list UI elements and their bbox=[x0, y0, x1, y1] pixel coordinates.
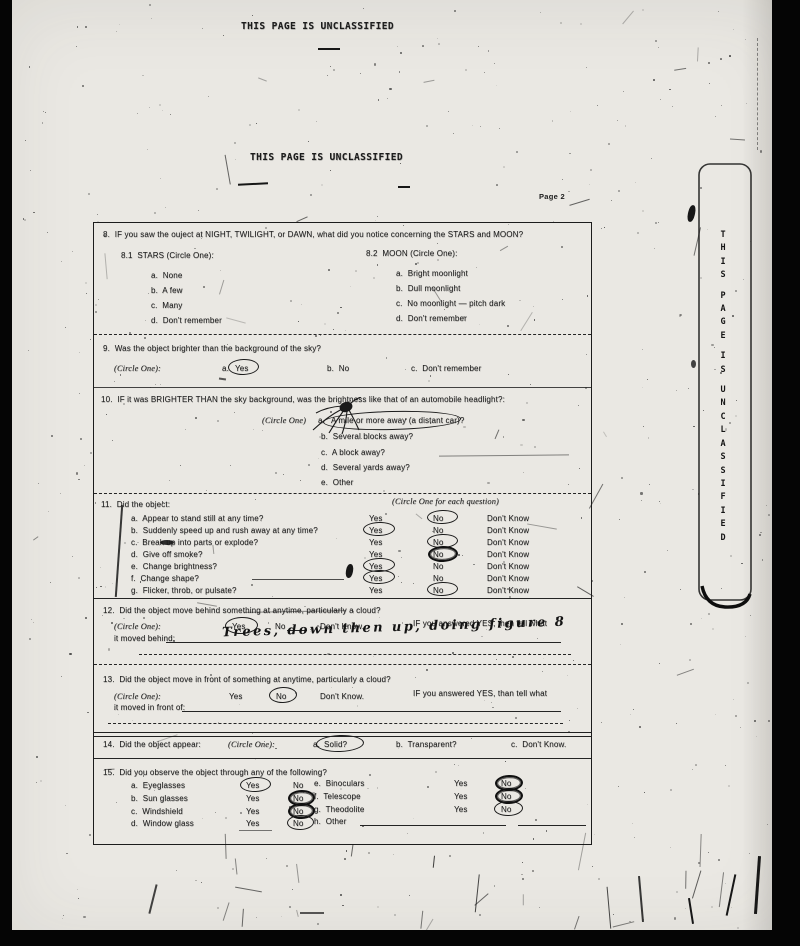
pen-stroke bbox=[252, 579, 344, 580]
q10-option-e: e. Other bbox=[321, 478, 353, 487]
q14-option-b: b. Transparent? bbox=[396, 740, 457, 749]
q15-a-yes-circle bbox=[240, 776, 272, 792]
q13-circle-label: (Circle One): bbox=[114, 692, 161, 701]
handwritten-answer: Trees, down then up, doing figure 8 bbox=[222, 615, 567, 641]
q15-yes: Yes bbox=[454, 792, 468, 801]
q9-title: 9. Was the object brighter than the back… bbox=[103, 344, 321, 353]
q15-item: h. Other bbox=[314, 817, 346, 826]
ink-blot bbox=[160, 540, 174, 545]
pen-stroke bbox=[239, 830, 272, 831]
write-in-line bbox=[182, 711, 561, 712]
q14-option-c: c. Don't Know. bbox=[511, 740, 566, 749]
q15-yes: Yes bbox=[454, 779, 468, 788]
q8-moon-option: d. Don't remember bbox=[396, 314, 467, 323]
divider bbox=[94, 664, 591, 665]
q11-dk: Don't Know bbox=[487, 526, 529, 535]
q8-moon-option: c. No moonlight — pitch dark bbox=[396, 299, 505, 308]
divider bbox=[94, 387, 591, 388]
q9-option-no: b. No bbox=[327, 364, 349, 373]
q11-d-no-circle bbox=[428, 545, 459, 562]
q10-option-d: d. Several yards away? bbox=[321, 463, 410, 472]
ink-blot bbox=[345, 563, 354, 578]
write-in-line bbox=[166, 642, 561, 643]
q13-option-yes: Yes bbox=[229, 692, 243, 701]
q9-option-dk: c. Don't remember bbox=[411, 364, 481, 373]
scanned-questionnaire-page: THIS PAGE IS UNCLASSIFIED THIS PAGE IS U… bbox=[0, 0, 800, 946]
scan-edge-bottom bbox=[0, 930, 800, 946]
q13-note: IF you answered YES, than tell what bbox=[413, 689, 547, 698]
q11-dk: Don't Know bbox=[487, 538, 529, 547]
q15-yes: Yes bbox=[246, 819, 260, 828]
q8-stars-option: a. None bbox=[151, 271, 182, 280]
write-in-line bbox=[139, 654, 571, 655]
q13-option-dk: Don't Know. bbox=[320, 692, 364, 701]
q11-dk: Don't Know bbox=[487, 562, 529, 571]
q11-dk: Don't Know bbox=[487, 514, 529, 523]
q11-row-question: d. Give off smoke? bbox=[131, 550, 203, 559]
scratch-mark bbox=[238, 182, 268, 186]
q10-option-c: c. A block away? bbox=[321, 448, 385, 457]
q11-row-question: b. Suddenly speed up and rush away at an… bbox=[131, 526, 318, 535]
write-in-line bbox=[518, 825, 586, 826]
scratch-mark bbox=[638, 876, 644, 922]
q11-row-question: g. Flicker, throb, or pulsate? bbox=[131, 586, 237, 595]
scratch-mark bbox=[398, 186, 410, 188]
q15-no: No bbox=[293, 781, 304, 790]
q11-yes: Yes bbox=[369, 586, 383, 595]
q15-g-no-circle bbox=[494, 800, 524, 816]
divider bbox=[94, 758, 591, 759]
q11-row-question: a. Appear to stand still at any time? bbox=[131, 514, 263, 523]
ink-mark bbox=[219, 378, 226, 380]
scratch-mark bbox=[688, 898, 694, 924]
q8-stars-heading: 8.1 STARS (Circle One): bbox=[121, 251, 214, 260]
scratch-mark bbox=[318, 48, 340, 50]
q14-title: 14. Did the object appear: bbox=[103, 740, 201, 749]
scan-edge-right bbox=[772, 0, 800, 946]
header-unclassified-middle: THIS PAGE IS UNCLASSIFIED bbox=[250, 152, 403, 163]
q11-yes: Yes bbox=[369, 538, 383, 547]
q8-stars-option: c. Many bbox=[151, 301, 182, 310]
edge-shading bbox=[742, 0, 772, 946]
q11-row-question: c. Break up into parts or explode? bbox=[131, 538, 258, 547]
q11-title: 11. Did the object: bbox=[101, 500, 170, 509]
q11-dk: Don't Know bbox=[487, 586, 529, 595]
write-in-line bbox=[108, 723, 563, 724]
q11-dk: Don't Know bbox=[487, 550, 529, 559]
q9-yes-circle-mark bbox=[228, 358, 260, 375]
side-stamp-letters: THISPAGEISUNCLASSIFIED bbox=[712, 229, 734, 545]
q8-moon-option: a. Bright moonlight bbox=[396, 269, 468, 278]
q11-row-question: f. Change shape? bbox=[131, 574, 199, 583]
q13-no-circle-mark bbox=[269, 687, 298, 704]
q11-a-no-circle bbox=[427, 509, 458, 524]
page-number: Page 2 bbox=[539, 192, 565, 201]
q13-note2: it moved in front of: bbox=[114, 703, 185, 712]
q15-item: b. Sun glasses bbox=[131, 794, 188, 803]
q11-row-question: e. Change brightness? bbox=[131, 562, 217, 571]
q11-no: No bbox=[433, 562, 444, 571]
q11-b-yes-circle bbox=[363, 521, 395, 536]
q15-item: c. Windshield bbox=[131, 807, 183, 816]
pen-stroke bbox=[115, 505, 123, 597]
questionnaire-form: 8. IF you saw the ouject at NIGHT, TWILI… bbox=[93, 222, 592, 845]
q12-circle-label: (Circle One): bbox=[114, 622, 161, 631]
q15-yes: Yes bbox=[246, 794, 260, 803]
scratch-mark bbox=[300, 912, 324, 914]
scratch-mark bbox=[148, 884, 157, 913]
divider bbox=[94, 493, 591, 494]
q15-yes: Yes bbox=[246, 807, 260, 816]
q8-title: 8. IF you saw the ouject at NIGHT, TWILI… bbox=[103, 230, 523, 239]
ink-blot bbox=[691, 360, 696, 368]
q11-g-no-circle bbox=[427, 581, 458, 596]
q15-item: d. Window glass bbox=[131, 819, 194, 828]
q11-circle-label: (Circle One for each question) bbox=[392, 497, 499, 506]
write-in-line bbox=[360, 825, 506, 826]
pen-scribble bbox=[289, 397, 377, 437]
header-unclassified-top: THIS PAGE IS UNCLASSIFIED bbox=[241, 21, 394, 32]
q11-dk: Don't Know bbox=[487, 574, 529, 583]
q13-title: 13. Did the object move in front of some… bbox=[103, 675, 391, 684]
q8-stars-option: d. Don't remember bbox=[151, 316, 222, 325]
scratch-mark bbox=[439, 454, 569, 457]
q11-f-yes-circle bbox=[363, 569, 395, 584]
q15-item: e. Binoculars bbox=[314, 779, 365, 788]
q14-solid-circle-mark bbox=[316, 734, 365, 753]
q14-circle-label: (Circle One): bbox=[228, 740, 275, 749]
divider bbox=[94, 598, 591, 599]
q15-item: f. Telescope bbox=[314, 792, 361, 801]
q9-circle-label: (Circle One): bbox=[114, 364, 161, 373]
q15-item: g. Theodolite bbox=[314, 805, 364, 814]
q8-stars-option: b. A few bbox=[151, 286, 183, 295]
q15-yes: Yes bbox=[454, 805, 468, 814]
q15-item: a. Eyeglasses bbox=[131, 781, 185, 790]
scratch-mark bbox=[726, 874, 737, 915]
q8-moon-option: b. Dull moonlight bbox=[396, 284, 461, 293]
scan-edge-left bbox=[0, 0, 12, 946]
q8-moon-heading: 8.2 MOON (Circle One): bbox=[366, 249, 457, 258]
q15-title: 15. Did you observe the object through a… bbox=[103, 768, 327, 777]
divider bbox=[94, 334, 591, 335]
q15-d-no-circle bbox=[287, 815, 315, 831]
